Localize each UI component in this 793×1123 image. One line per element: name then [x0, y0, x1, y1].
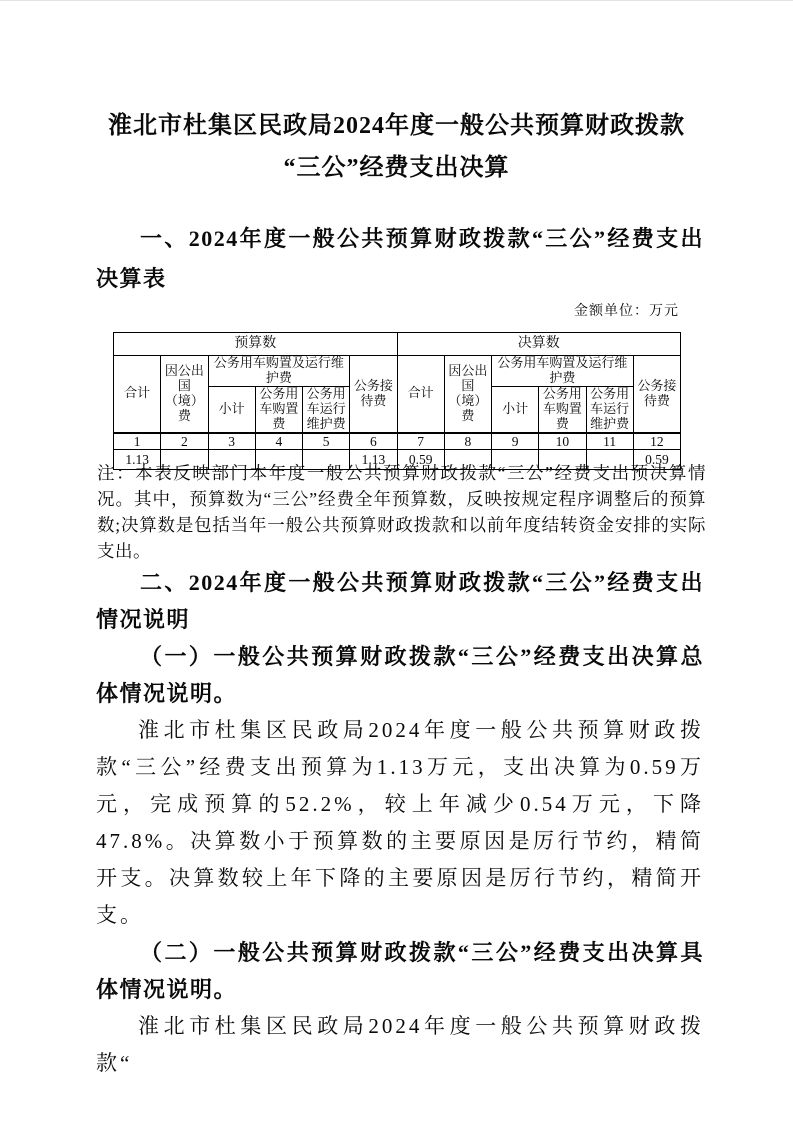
col-number-2: 2	[161, 433, 208, 450]
three-public-expense-table: 预算数 决算数 合计 因公出国（境）费 公务用车购置及运行维护费 公务接待费 合…	[113, 332, 681, 470]
header-budget-subtotal: 小计	[208, 386, 255, 432]
amount-unit-label: 金额单位：万元	[113, 300, 679, 320]
header-final-total: 合计	[397, 356, 444, 433]
header-budget-reception: 公务接待费	[350, 356, 397, 433]
header-budget-maintenance: 公务用车运行维护费	[303, 386, 350, 432]
header-budget-abroad: 因公出国（境）费	[161, 356, 208, 433]
header-final-subtotal: 小计	[492, 386, 539, 432]
col-number-9: 9	[492, 433, 539, 450]
section2-sub1-heading: （一）一般公共预算财政拨款“三公”经费支出决算总体情况说明。	[96, 638, 704, 712]
header-final-maintenance: 公务用车运行维护费	[586, 386, 633, 432]
document-title: 淮北市杜集区民政局2024年度一般公共预算财政拨款 “三公”经费支出决算	[0, 105, 793, 189]
table-footnote: 注：本表反映部门本年度一般公共预算财政拨款“三公”经费支出预决算情况。其中，预算…	[97, 460, 706, 564]
header-budget-purchase: 公务用车购置费	[255, 386, 302, 432]
section2-body: 二、2024年度一般公共预算财政拨款“三公”经费支出情况说明 （一）一般公共预算…	[96, 564, 704, 1082]
document-title-line2: “三公”经费支出决算	[0, 147, 793, 189]
section2-sub2-heading: （二）一般公共预算财政拨款“三公”经费支出决算具体情况说明。	[96, 934, 704, 1008]
col-number-10: 10	[539, 433, 586, 450]
table-row: 预算数 决算数	[114, 333, 681, 356]
document-page: 淮北市杜集区民政局2024年度一般公共预算财政拨款 “三公”经费支出决算 一、2…	[0, 0, 793, 1123]
section2-heading: 二、2024年度一般公共预算财政拨款“三公”经费支出情况说明	[96, 564, 704, 638]
header-final-purchase: 公务用车购置费	[539, 386, 586, 432]
table-row-column-numbers: 1 2 3 4 5 6 7 8 9 10 11 12	[114, 433, 681, 450]
col-number-6: 6	[350, 433, 397, 450]
section2-paragraph-2: 淮北市杜集区民政局2024年度一般公共预算财政拨款“	[96, 1008, 704, 1082]
col-number-1: 1	[114, 433, 161, 450]
col-number-12: 12	[633, 433, 680, 450]
header-final-vehicle-group: 公务用车购置及运行维护费	[492, 356, 634, 387]
col-number-5: 5	[303, 433, 350, 450]
document-title-line1: 淮北市杜集区民政局2024年度一般公共预算财政拨款	[0, 105, 793, 147]
col-number-11: 11	[586, 433, 633, 450]
col-number-7: 7	[397, 433, 444, 450]
table-row: 合计 因公出国（境）费 公务用车购置及运行维护费 公务接待费 合计 因公出国（境…	[114, 356, 681, 387]
col-number-8: 8	[444, 433, 491, 450]
col-number-4: 4	[255, 433, 302, 450]
header-budget-vehicle-group: 公务用车购置及运行维护费	[208, 356, 350, 387]
group-header-budget: 预算数	[114, 333, 398, 356]
col-number-3: 3	[208, 433, 255, 450]
header-final-abroad: 因公出国（境）费	[444, 356, 491, 433]
group-header-final: 决算数	[397, 333, 681, 356]
section2-paragraph-1: 淮北市杜集区民政局2024年度一般公共预算财政拨款“三公”经费支出预算为1.13…	[96, 712, 704, 934]
header-final-reception: 公务接待费	[633, 356, 680, 433]
section1-heading: 一、2024年度一般公共预算财政拨款“三公”经费支出决算表	[96, 219, 704, 299]
header-budget-total: 合计	[114, 356, 161, 433]
